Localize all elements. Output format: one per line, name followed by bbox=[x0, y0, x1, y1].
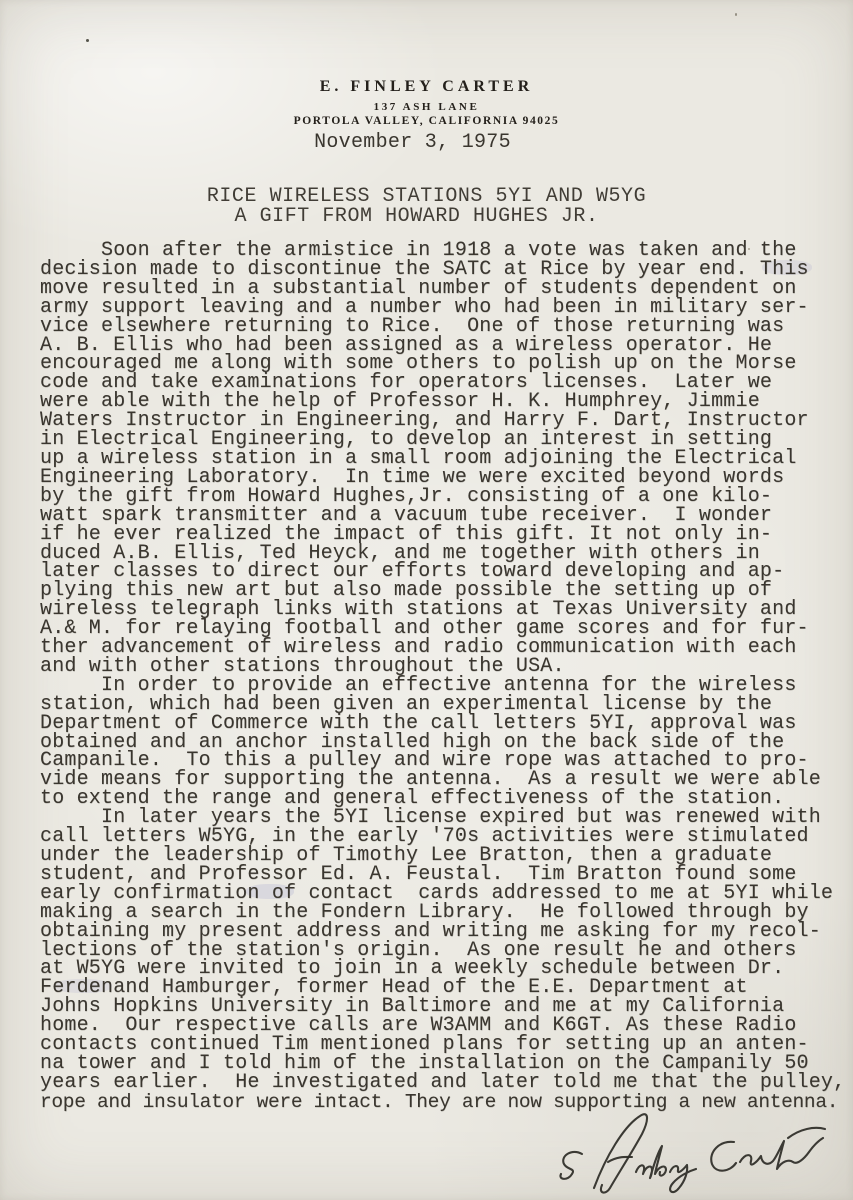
letterhead: E. FINLEY CARTER 137 ASH LANE PORTOLA VA… bbox=[0, 76, 853, 128]
signature-handwriting-icon bbox=[548, 1108, 840, 1196]
body-paragraph-1: Soon after the armistice in 1918 a vote … bbox=[40, 242, 848, 677]
body-paragraph-3: In later years the 5YI license expired b… bbox=[40, 809, 848, 1093]
letter-body: Soon after the armistice in 1918 a vote … bbox=[40, 242, 848, 1112]
letter-title: RICE WIRELESS STATIONS 5YI AND W5YG A GI… bbox=[0, 187, 853, 226]
letterhead-address-line1: 137 ASH LANE bbox=[0, 100, 853, 114]
letter-title-line1: RICE WIRELESS STATIONS 5YI AND W5YG bbox=[0, 187, 853, 207]
letterhead-address-line2: PORTOLA VALLEY, CALIFORNIA 94025 bbox=[0, 114, 853, 128]
letter-date: November 3, 1975 bbox=[0, 131, 825, 154]
body-paragraph-2: In order to provide an effective antenna… bbox=[40, 677, 848, 809]
signature bbox=[548, 1108, 840, 1196]
paper-speck bbox=[735, 13, 737, 16]
paper-speck bbox=[86, 39, 89, 42]
letter-page: E. FINLEY CARTER 137 ASH LANE PORTOLA VA… bbox=[0, 0, 853, 1200]
letter-title-line2: A GIFT FROM HOWARD HUGHES JR. bbox=[0, 207, 843, 227]
letterhead-name: E. FINLEY CARTER bbox=[0, 76, 853, 98]
